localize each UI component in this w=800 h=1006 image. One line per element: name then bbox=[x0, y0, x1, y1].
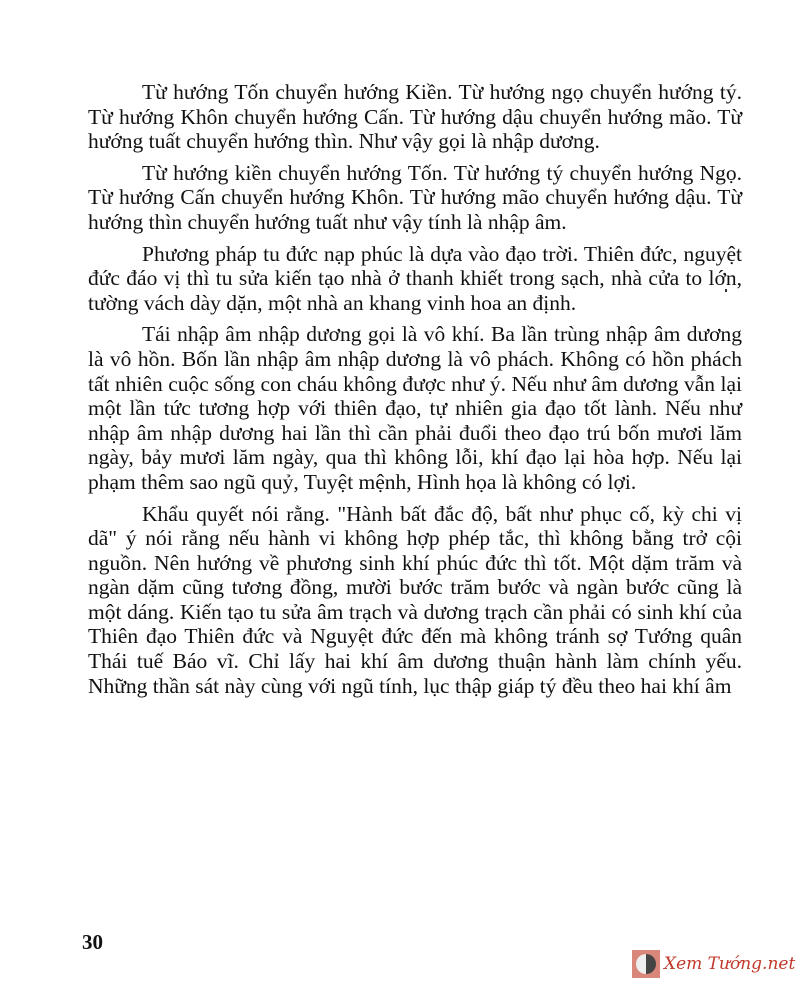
watermark-logo: Xem Tướng.net bbox=[632, 950, 795, 978]
page-body: Từ hướng Tốn chuyển hướng Kiền. Từ hướng… bbox=[88, 80, 742, 705]
paragraph: Khẩu quyết nói rằng. "Hành bất đắc độ, b… bbox=[88, 502, 742, 699]
paragraph: Tái nhập âm nhập dương gọi là vô khí. Ba… bbox=[88, 322, 742, 494]
paragraph: Phương pháp tu đức nạp phúc là dựa vào đ… bbox=[88, 242, 742, 316]
paragraph: Từ hướng kiền chuyển hướng Tốn. Từ hướng… bbox=[88, 161, 742, 235]
paragraph: Từ hướng Tốn chuyển hướng Kiền. Từ hướng… bbox=[88, 80, 742, 154]
scan-artifact bbox=[725, 289, 727, 292]
page-number: 30 bbox=[82, 930, 103, 955]
watermark-text: Xem Tướng.net bbox=[664, 954, 795, 974]
yin-yang-icon bbox=[632, 950, 660, 978]
